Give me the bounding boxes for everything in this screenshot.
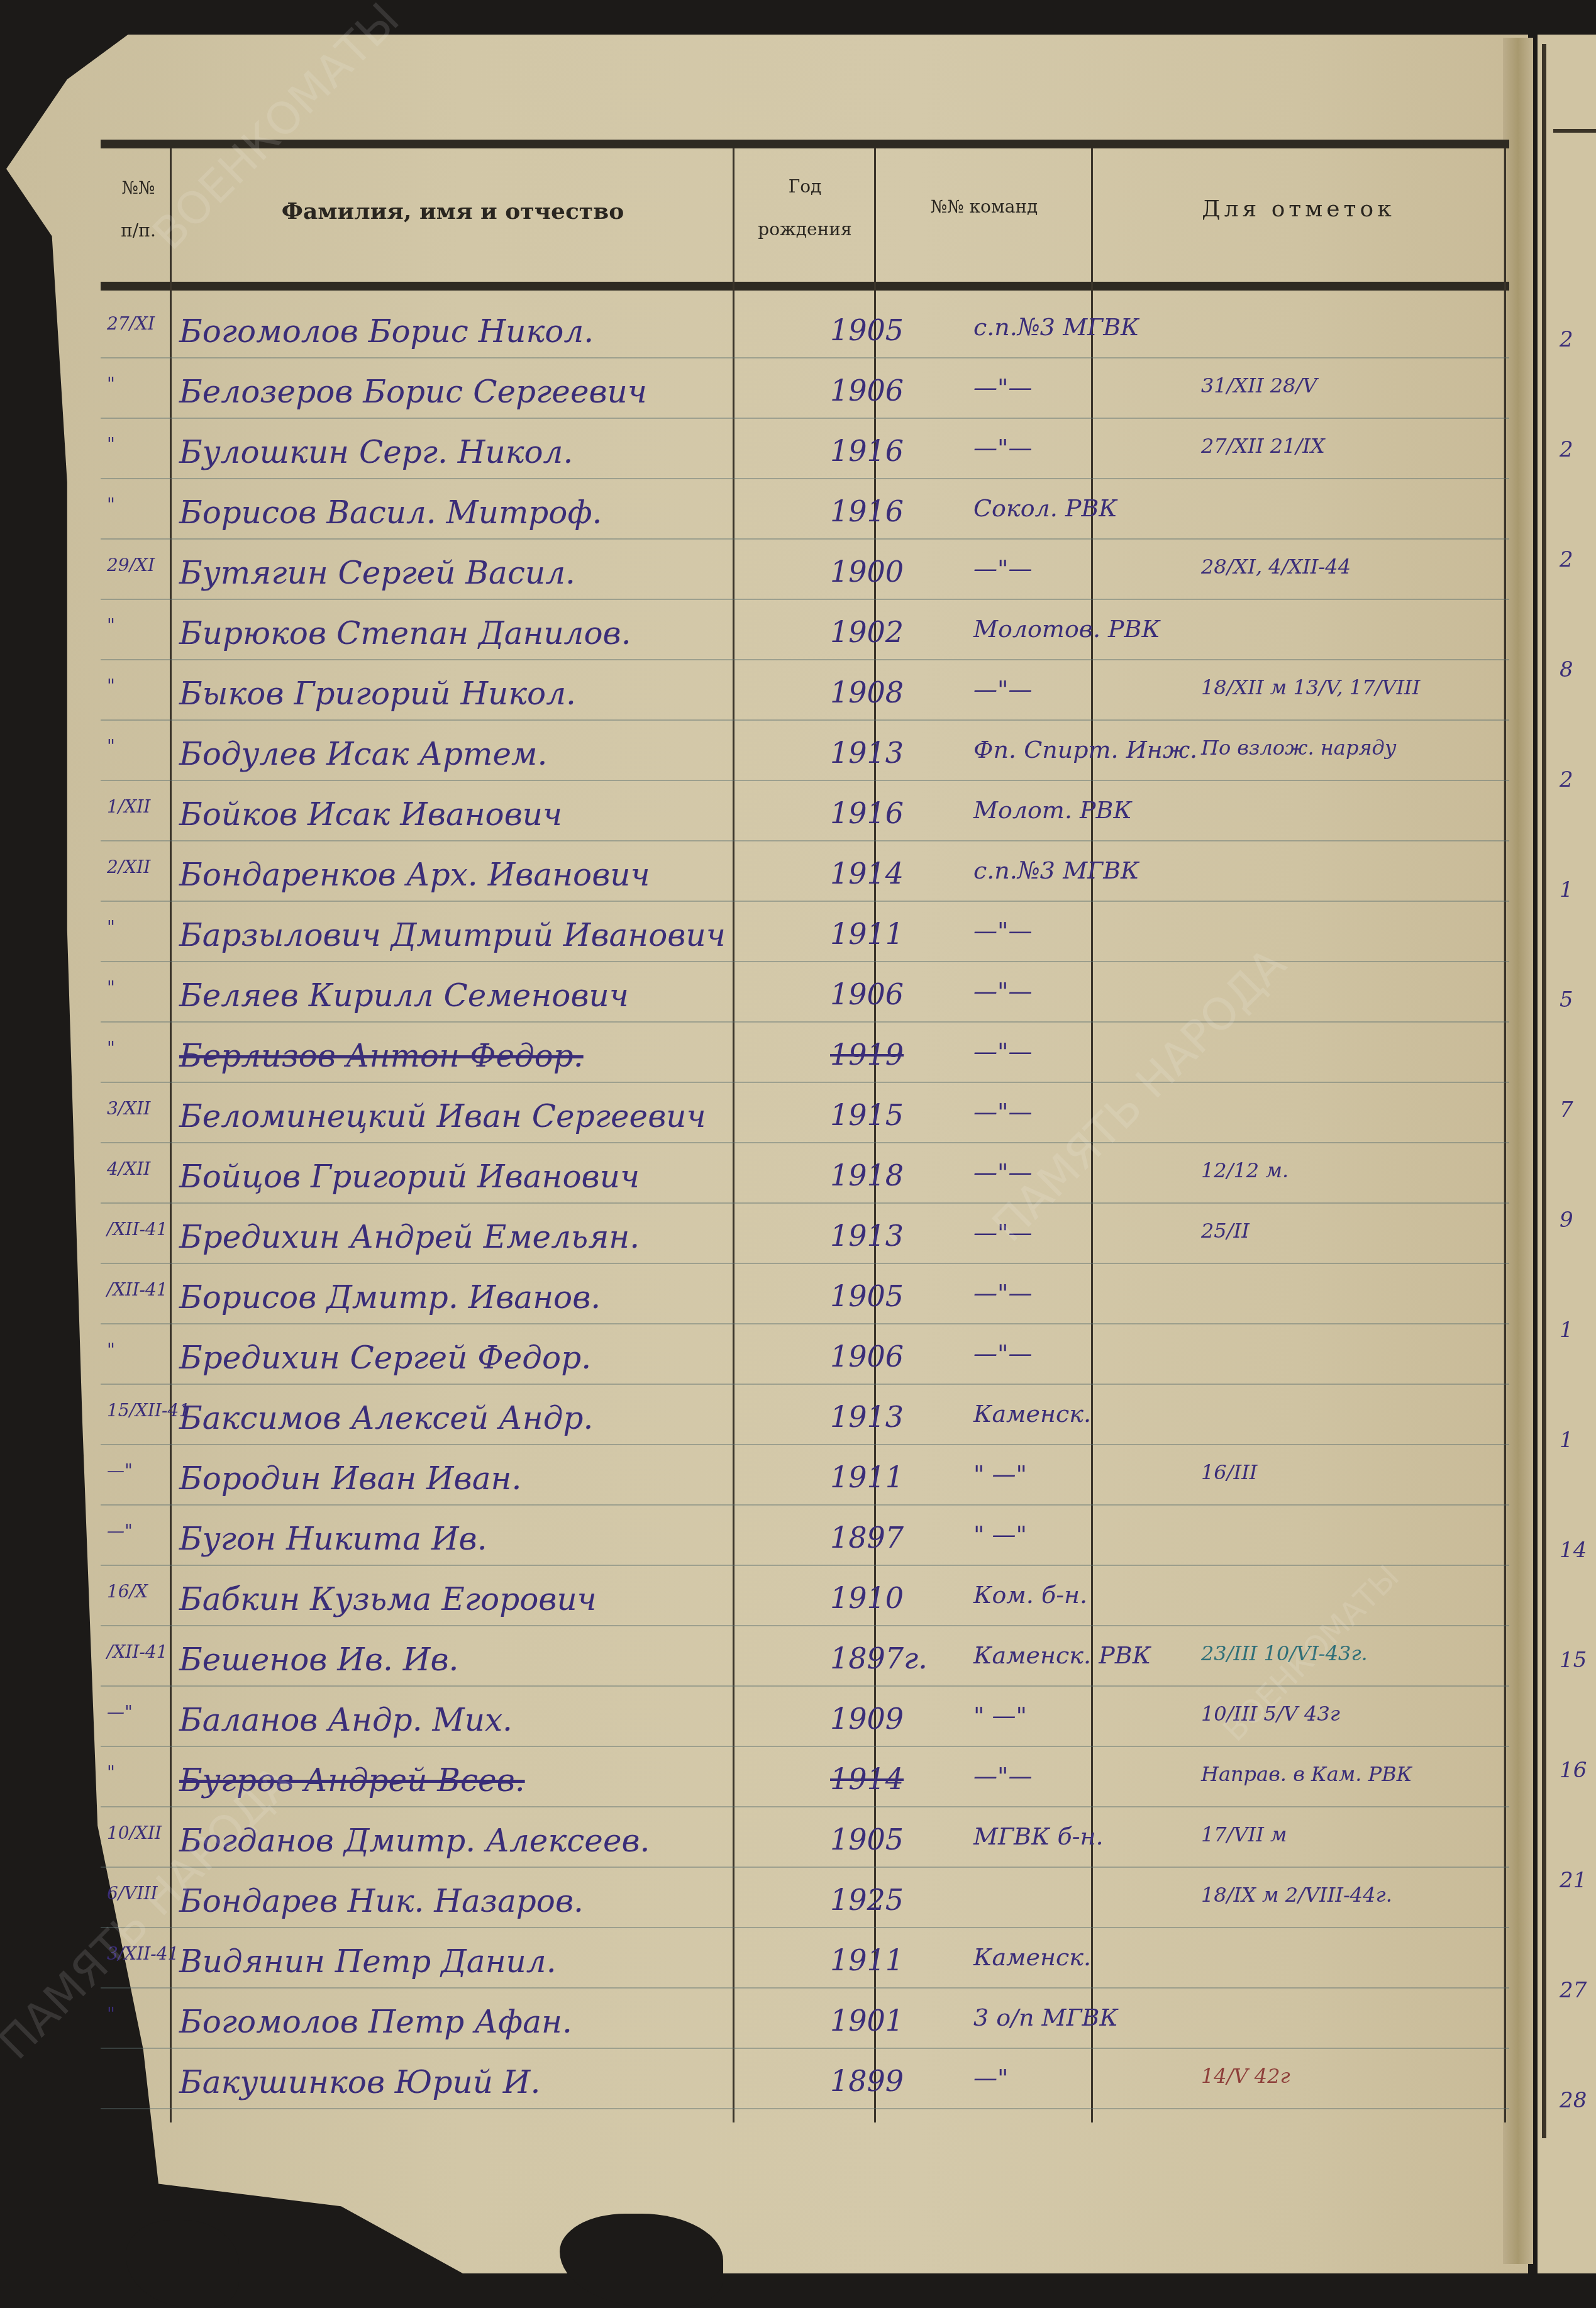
row-date: 29/XI <box>107 555 173 575</box>
table-row: "Берлизов Антон Федор.1919—"— <box>101 1033 1509 1080</box>
adjacent-row-number: 1 <box>1560 1318 1573 1343</box>
table-row: "Бирюков Степан Данилов.1902Молотов. РВК <box>101 610 1509 657</box>
row-birth-year: 1908 <box>830 675 956 709</box>
row-date: 27/XI <box>107 313 173 334</box>
row-birth-year: 1916 <box>830 796 956 830</box>
row-notes: Направ. в Кам. РВК <box>1201 1762 1591 1786</box>
row-name: Беломинецкий Иван Сергеевич <box>179 1098 814 1135</box>
row-date: 1/XII <box>107 796 173 817</box>
adjacent-row-number: 2 <box>1560 327 1573 352</box>
row-date: 3/XII <box>107 1098 173 1119</box>
table-row: 4/XIIБойцов Григорий Иванович1918—"—12/1… <box>101 1153 1509 1201</box>
table-row: 3/XIIБеломинецкий Иван Сергеевич1915—"— <box>101 1093 1509 1140</box>
table-row: "Бугров Андрей Всев.1914—"—Направ. в Кам… <box>101 1757 1509 1804</box>
table-row: 29/XIБутягин Сергей Васил.1900—"—28/XI, … <box>101 550 1509 597</box>
ruled-line <box>101 1504 1509 1506</box>
table-row: /XII-41Бредихин Андрей Емельян.1913—"—25… <box>101 1214 1509 1261</box>
row-birth-year: 1911 <box>830 1460 956 1494</box>
header-team: №№ команд <box>877 196 1091 217</box>
adjacent-row-number: 2 <box>1560 437 1573 462</box>
ruled-line <box>101 1021 1509 1023</box>
table-row: "Богомолов Петр Афан.19013 о/п МГВК <box>101 1999 1509 2046</box>
row-team: " —" <box>973 1521 1181 1548</box>
row-team: —"— <box>973 374 1181 401</box>
row-name: Бредихин Андрей Емельян. <box>179 1219 814 1255</box>
adjacent-row-number: 5 <box>1560 987 1573 1013</box>
table-row: "Бредихин Сергей Федор.1906—"— <box>101 1334 1509 1382</box>
row-birth-year: 1905 <box>830 1823 956 1856</box>
row-team: —"— <box>973 1762 1181 1790</box>
row-team: с.п.№3 МГВК <box>973 313 1181 341</box>
row-name: Бондаренков Арх. Иванович <box>179 857 814 893</box>
adjacent-row-number: 16 <box>1560 1758 1587 1783</box>
table-row: "Быков Григорий Никол.1908—"—18/XII м 13… <box>101 670 1509 718</box>
adjacent-row-number: 27 <box>1560 1978 1587 2003</box>
row-team: " —" <box>973 1460 1181 1488</box>
row-date: 4/XII <box>107 1158 173 1179</box>
row-name: Бакушинков Юрий И. <box>179 2064 814 2100</box>
row-birth-year: 1914 <box>830 1762 956 1796</box>
row-date: —" <box>107 1460 173 1481</box>
ruled-line <box>101 357 1509 358</box>
row-date: " <box>107 675 173 696</box>
table-row: —"Бородин Иван Иван.1911" —"16/III <box>101 1455 1509 1502</box>
header-top-rule <box>101 140 1509 148</box>
row-birth-year: 1919 <box>830 1038 956 1072</box>
ruled-line <box>101 840 1509 841</box>
row-notes: 14/V 42г <box>1201 2064 1591 2088</box>
table-row: 6/VIIIБондарев Ник. Назаров.192518/IX м … <box>101 1878 1509 1925</box>
row-team: Молотов. РВК <box>973 615 1181 643</box>
table-row: "Беляев Кирилл Семенович1906—"— <box>101 972 1509 1019</box>
row-date: " <box>107 917 173 938</box>
row-team: МГВК б-н. <box>973 1823 1181 1850</box>
table-row: 27/XIБогомолов Борис Никол.1905с.п.№3 МГ… <box>101 308 1509 355</box>
ruled-line <box>101 1927 1509 1928</box>
ruled-line <box>101 1565 1509 1566</box>
row-date: 16/X <box>107 1581 173 1602</box>
row-name: Бородин Иван Иван. <box>179 1460 814 1497</box>
row-team: " —" <box>973 1702 1181 1729</box>
ruled-line <box>101 719 1509 721</box>
ruled-line <box>101 538 1509 540</box>
row-name: Беляев Кирилл Семенович <box>179 977 814 1014</box>
row-date: /XII-41 <box>107 1279 173 1300</box>
row-date: " <box>107 977 173 998</box>
ruled-line <box>101 1082 1509 1083</box>
row-birth-year: 1913 <box>830 736 956 770</box>
row-name: Борисов Дмитр. Иванов. <box>179 1279 814 1316</box>
row-name: Барзылович Дмитрий Иванович <box>179 917 814 953</box>
table-row: 2/XIIБондаренков Арх. Иванович1914с.п.№3… <box>101 852 1509 899</box>
row-team: Сокол. РВК <box>973 494 1181 522</box>
table-row: 15/XII-41Баксимов Алексей Андр.1913Камен… <box>101 1395 1509 1442</box>
ruled-line <box>101 599 1509 600</box>
adjacent-row-number: 14 <box>1560 1538 1587 1563</box>
row-date: 15/XII-41 <box>107 1400 173 1421</box>
header-number: №№ <box>107 177 170 198</box>
table-row: —"Баланов Андр. Мих.1909" —"10/III 5/V 4… <box>101 1697 1509 1744</box>
ruled-line <box>101 1625 1509 1626</box>
adjacent-row-number: 9 <box>1560 1207 1573 1233</box>
header-name: Фамилия, имя и отчество <box>182 198 723 225</box>
table-row: 16/XБабкин Кузьма Егорович1910Ком. б-н. <box>101 1576 1509 1623</box>
table-row: "Булошкин Серг. Никол.1916—"—27/XII 21/I… <box>101 429 1509 476</box>
row-name: Берлизов Антон Федор. <box>179 1038 814 1074</box>
adjacent-row-number: 28 <box>1560 2088 1587 2113</box>
header-year-sub: рождения <box>736 219 874 240</box>
row-team: Ком. б-н. <box>973 1581 1181 1609</box>
row-date: " <box>107 1340 173 1360</box>
row-name: Бойцов Григорий Иванович <box>179 1158 814 1195</box>
row-team: —"— <box>973 1340 1181 1367</box>
row-birth-year: 1906 <box>830 1340 956 1373</box>
row-name: Бутягин Сергей Васил. <box>179 555 814 591</box>
row-date: —" <box>107 1702 173 1723</box>
ruled-line <box>101 418 1509 419</box>
table-row: "Борисов Васил. Митроф.1916Сокол. РВК <box>101 489 1509 536</box>
table-row: "Белозеров Борис Сергеевич1906—"—31/XII … <box>101 369 1509 416</box>
row-birth-year: 1918 <box>830 1158 956 1192</box>
row-date: 10/XII <box>107 1823 173 1843</box>
adjacent-row-number: 21 <box>1560 1868 1587 1893</box>
row-team: —"— <box>973 1279 1181 1307</box>
row-birth-year: 1914 <box>830 857 956 890</box>
adjacent-row-number: 7 <box>1560 1097 1573 1123</box>
table-row: Бакушинков Юрий И.1899—"14/V 42г <box>101 2059 1509 2106</box>
ruled-line <box>101 478 1509 479</box>
row-team: 3 о/п МГВК <box>973 2004 1181 2031</box>
row-name: Видянин Петр Данил. <box>179 1943 814 1980</box>
row-date: /XII-41 <box>107 1219 173 1240</box>
row-team: Молот. РВК <box>973 796 1181 824</box>
row-date: —" <box>107 1521 173 1541</box>
row-date: " <box>107 494 173 515</box>
row-date: " <box>107 1038 173 1058</box>
row-birth-year: 1911 <box>830 1943 956 1977</box>
row-birth-year: 1902 <box>830 615 956 649</box>
row-name: Быков Григорий Никол. <box>179 675 814 712</box>
row-birth-year: 1911 <box>830 917 956 951</box>
ruled-line <box>101 1444 1509 1445</box>
ruled-line <box>101 1987 1509 1989</box>
row-name: Баланов Андр. Мих. <box>179 1702 814 1738</box>
row-birth-year: 1925 <box>830 1883 956 1917</box>
row-birth-year: 1913 <box>830 1219 956 1253</box>
row-birth-year: 1897г. <box>830 1641 956 1675</box>
row-name: Бойков Исак Иванович <box>179 796 814 833</box>
table-row: 1/XIIБойков Исак Иванович1916Молот. РВК <box>101 791 1509 838</box>
row-birth-year: 1905 <box>830 1279 956 1313</box>
ruled-line <box>101 1746 1509 1747</box>
row-birth-year: 1916 <box>830 494 956 528</box>
row-birth-year: 1910 <box>830 1581 956 1615</box>
row-birth-year: 1906 <box>830 977 956 1011</box>
row-birth-year: 1916 <box>830 434 956 468</box>
row-notes: 18/IX м 2/VIII-44г. <box>1201 1883 1591 1907</box>
row-team: Каменск. <box>973 1400 1181 1428</box>
adjacent-row-number: 1 <box>1560 877 1573 902</box>
ruled-line <box>101 961 1509 962</box>
row-name: Булошкин Серг. Никол. <box>179 434 814 470</box>
row-notes: 23/III 10/VI-43г. <box>1201 1641 1591 1665</box>
row-name: Бодулев Исак Артем. <box>179 736 814 772</box>
ruled-line <box>101 659 1509 660</box>
row-team: —"— <box>973 555 1181 582</box>
table-row: /XII-41Борисов Дмитр. Иванов.1905—"— <box>101 1274 1509 1321</box>
row-name: Богомолов Борис Никол. <box>179 313 814 350</box>
row-name: Борисов Васил. Митроф. <box>179 494 814 531</box>
row-team: с.п.№3 МГВК <box>973 857 1181 884</box>
row-birth-year: 1900 <box>830 555 956 589</box>
adjacent-page-header-rule <box>1553 129 1596 133</box>
row-date: " <box>107 2004 173 2024</box>
ruled-line <box>101 1867 1509 1868</box>
row-date: /XII-41 <box>107 1641 173 1662</box>
torn-edge <box>560 2214 723 2308</box>
row-team: Каменск. РВК <box>973 1641 1181 1669</box>
table-row: —"Бугон Никита Ив.1897" —" <box>101 1516 1509 1563</box>
adjacent-row-number: 8 <box>1560 657 1573 682</box>
adjacent-row-number: 2 <box>1560 547 1573 572</box>
table-row: "Бодулев Исак Артем.1913Фп. Спирт. Инж.П… <box>101 731 1509 778</box>
header-year: Год <box>736 176 874 197</box>
row-notes: 27/XII 21/IX <box>1201 434 1591 458</box>
row-date: " <box>107 374 173 394</box>
row-name: Бирюков Степан Данилов. <box>179 615 814 652</box>
adjacent-row-number: 2 <box>1560 767 1573 792</box>
row-birth-year: 1909 <box>830 1702 956 1736</box>
table-row: 10/XIIБогданов Дмитр. Алексеев.1905МГВК … <box>101 1817 1509 1865</box>
row-birth-year: 1897 <box>830 1521 956 1555</box>
ruled-line <box>101 1263 1509 1264</box>
row-date: " <box>107 615 173 636</box>
row-date: 2/XII <box>107 857 173 877</box>
header-bottom-rule <box>101 282 1509 291</box>
row-birth-year: 1913 <box>830 1400 956 1434</box>
row-date: " <box>107 1762 173 1783</box>
row-team: —"— <box>973 977 1181 1005</box>
row-name: Бондарев Ник. Назаров. <box>179 1883 814 1919</box>
table-row: 3/XII-41Видянин Петр Данил.1911Каменск. <box>101 1938 1509 1985</box>
row-birth-year: 1901 <box>830 2004 956 2038</box>
row-team: Каменск. <box>973 1943 1181 1971</box>
row-name: Баксимов Алексей Андр. <box>179 1400 814 1436</box>
row-notes: 31/XII 28/V <box>1201 374 1591 397</box>
row-name: Богданов Дмитр. Алексеев. <box>179 1823 814 1859</box>
row-team: Фп. Спирт. Инж. <box>973 736 1181 763</box>
row-name: Бешенов Ив. Ив. <box>179 1641 814 1678</box>
row-name: Белозеров Борис Сергеевич <box>179 374 814 410</box>
torn-edge <box>126 2220 239 2308</box>
row-name: Бредихин Сергей Федор. <box>179 1340 814 1376</box>
row-date: " <box>107 736 173 757</box>
table-row: "Барзылович Дмитрий Иванович1911—"— <box>101 912 1509 959</box>
ruled-line <box>101 2108 1509 2109</box>
row-birth-year: 1899 <box>830 2064 956 2098</box>
ruled-line <box>101 1142 1509 1143</box>
row-birth-year: 1905 <box>830 313 956 347</box>
row-birth-year: 1906 <box>830 374 956 408</box>
ruled-line <box>101 901 1509 902</box>
adjacent-row-number: 15 <box>1560 1648 1587 1673</box>
row-team: —" <box>973 2064 1181 2092</box>
row-notes: 28/XI, 4/XII-44 <box>1201 555 1591 579</box>
header-notes: Для отметок <box>1094 196 1503 222</box>
ruled-line <box>101 1806 1509 1807</box>
ruled-line <box>101 780 1509 781</box>
row-team: —"— <box>973 917 1181 945</box>
row-date: " <box>107 434 173 455</box>
row-name: Богомолов Петр Афан. <box>179 2004 814 2040</box>
row-notes: 16/III <box>1201 1460 1591 1484</box>
row-notes: 25/II <box>1201 1219 1591 1243</box>
ruled-line <box>101 1202 1509 1204</box>
row-notes: По взлож. наряду <box>1201 736 1591 760</box>
row-notes: 18/XII м 13/V, 17/VIII <box>1201 675 1591 699</box>
row-name: Бугон Никита Ив. <box>179 1521 814 1557</box>
row-notes: 17/VII м <box>1201 1823 1591 1846</box>
row-team: —"— <box>973 434 1181 462</box>
row-notes: 12/12 м. <box>1201 1158 1591 1182</box>
ruled-line <box>101 2048 1509 2049</box>
row-name: Бабкин Кузьма Егорович <box>179 1581 814 1617</box>
row-team: —"— <box>973 675 1181 703</box>
adjacent-row-number: 1 <box>1560 1428 1573 1453</box>
row-birth-year: 1915 <box>830 1098 956 1132</box>
ruled-line <box>101 1323 1509 1324</box>
ruled-line <box>101 1384 1509 1385</box>
